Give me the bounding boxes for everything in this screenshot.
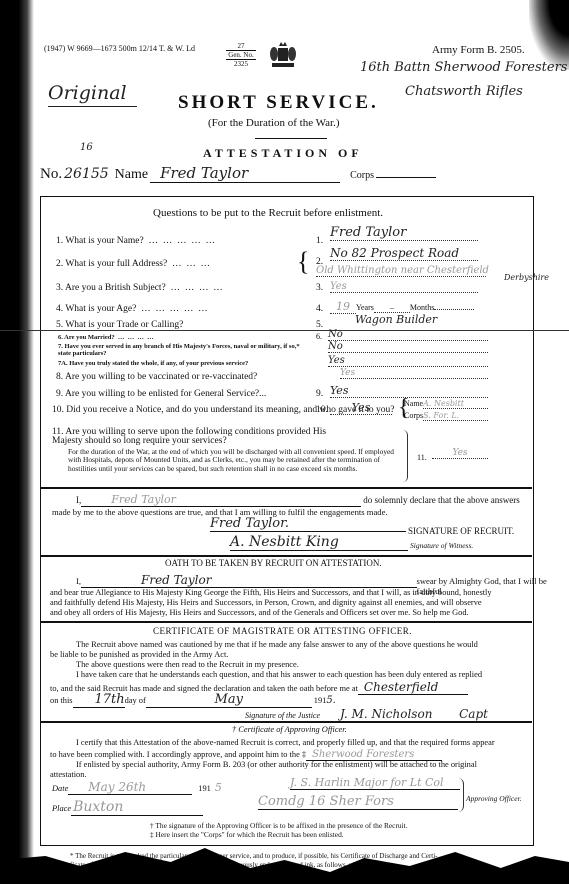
corps-field <box>376 177 436 178</box>
approving-text-4: attestation. <box>50 770 87 779</box>
section-divider-oath <box>40 555 532 557</box>
approving-officer-label: Approving Officer. <box>466 794 522 803</box>
answer-1-num: 1. <box>316 236 323 246</box>
witness-signature-label: Signature of Witness. <box>410 541 473 550</box>
attestation-month: May <box>146 692 312 708</box>
answer-9-num: 9. <box>316 389 323 399</box>
section-divider-magistrate <box>40 621 532 623</box>
royal-coat-of-arms-icon <box>268 40 298 70</box>
regimental-number: 26155 <box>64 166 109 182</box>
answer-7-value: No <box>328 341 488 353</box>
place-label: Place <box>52 804 71 813</box>
print-code: (1947) W 9669—1673 500m 12/14 T. & W. Ld <box>44 44 195 53</box>
oath-text-2: and bear true Allegiance to His Majesty … <box>50 588 492 597</box>
age-months-value: – <box>374 303 410 313</box>
question-4: 4. What is your Age? … … … … … <box>56 304 208 314</box>
months-label: Months <box>410 303 434 312</box>
attestation-day: 17th <box>73 692 125 708</box>
justice-signature: J. M. Nicholson Capt <box>320 707 530 722</box>
magistrate-text-1: The Recruit above named was cautioned by… <box>76 640 478 649</box>
army-form-number: Army Form B. 2505. <box>432 44 525 56</box>
magistrate-text-4: I have taken care that he understands ea… <box>76 670 482 679</box>
justice-signature-row: Signature of the Justice J. M. Nicholson… <box>245 707 530 722</box>
gen-number-block: 27 Gen. No. 2325 <box>226 42 256 68</box>
answer-10-value: Yes <box>330 401 392 415</box>
approval-year-suffix: 5 <box>215 781 222 794</box>
footnote-approving-signature: † The signature of the Approving Officer… <box>150 821 408 830</box>
approving-signature-brace <box>458 778 464 812</box>
answer-8-value: Yes <box>340 368 488 379</box>
answer-10-num: 10. <box>316 405 328 415</box>
answer-2-line2: Old Whittington near Chesterfield <box>316 265 486 277</box>
approving-signature-line2: Comdg 16 Sher Fors <box>258 794 458 810</box>
declaration-line-1: I, Fred Taylor do solemnly declare that … <box>76 493 520 507</box>
title-divider <box>255 138 327 139</box>
footnote-insert-corps: ‡ Here insert the "Corps" for which the … <box>150 830 344 839</box>
notice-name-value: A. Nesbitt <box>423 399 488 409</box>
age-years-value: 19 <box>330 300 356 314</box>
gen-number-bottom: 2325 <box>226 60 256 68</box>
attestation-heading: ATTESTATION OF <box>203 146 363 161</box>
question-7: 7. Have you ever served in any branch of… <box>58 343 308 357</box>
question-5: 5. What is your Trade or Calling? <box>56 320 183 330</box>
question-2: 2. What is your full Address? … … … <box>56 259 210 269</box>
notice-name-row: Name A. Nesbitt <box>404 399 488 409</box>
form-subtitle: (For the Duration of the War.) <box>208 117 340 129</box>
attestation-year-prefix: 191 <box>314 696 327 705</box>
answer-6-num: 6. <box>316 332 322 341</box>
oath-text-4: and obey all orders of His Majesty, His … <box>50 608 469 617</box>
answer-1-value: Fred Taylor <box>330 225 478 241</box>
oath-text-3: and faithfully defend His Majesty, His H… <box>50 598 482 607</box>
attestation-year-suffix: 5. <box>326 695 336 706</box>
service-conditions-text: For the duration of the War, at the end … <box>68 448 400 473</box>
date-label: Date <box>52 784 68 793</box>
answer-4-age: 19 Years – Months <box>330 300 474 314</box>
magistrate-certificate-heading: CERTIFICATE OF MAGISTRATE OR ATTESTING O… <box>153 626 412 636</box>
years-label: Years <box>356 303 374 312</box>
answer-11-value: Yes <box>432 448 488 459</box>
name-value: Fred Taylor <box>150 164 340 183</box>
recruit-identification-row: No. 26155 Name Fred Taylor Corps <box>40 164 436 183</box>
question-11: 11. Are you willing to serve upon the fo… <box>52 428 342 446</box>
question-7a: 7A. Have you truly stated the whole, if … <box>58 360 248 367</box>
section-divider-approving <box>40 721 532 723</box>
approving-signature-line1: J. S. Harlin Major for Lt Col <box>290 776 460 790</box>
justice-signature-label: Signature of the Justice <box>245 711 320 720</box>
answer-2-line1: No 82 Prospect Road <box>330 246 478 261</box>
questions-heading: Questions to be put to the Recruit befor… <box>153 207 383 219</box>
conditions-brace <box>403 430 408 482</box>
answer-5-value: Wagon Builder <box>355 313 437 326</box>
answer-3-num: 3. <box>316 283 323 293</box>
attestation-place: Chesterfield <box>358 680 468 695</box>
oath-heading: OATH TO BE TAKEN BY RECRUIT ON ATTESTATI… <box>165 558 382 568</box>
notice-corps-label: Corps <box>404 411 423 420</box>
magistrate-text-3: The above questions were then read to th… <box>76 660 299 669</box>
address-brace: { <box>297 249 309 275</box>
approval-date: May 26th <box>68 780 192 795</box>
handwritten-unit-line1: 16th Battn Sherwood Foresters <box>360 60 567 75</box>
corps-label: Corps <box>350 170 374 181</box>
answer-11-num: 11. <box>417 453 427 462</box>
approving-text-3: If enlisted by special authority, Army F… <box>76 760 477 769</box>
section-divider-declaration <box>40 487 532 489</box>
approval-place: Buxton <box>71 799 203 816</box>
approving-text-2: to have been complied with. I accordingl… <box>50 750 306 759</box>
answer-5-num: 5. <box>316 320 323 330</box>
question-1: 1. What is your Name? … … … … … <box>56 236 215 246</box>
months-dots <box>434 309 474 310</box>
question-6: 6. Are you Married? … … … … <box>58 334 154 341</box>
number-prefix: No. <box>40 166 62 183</box>
name-label: Name <box>115 167 148 183</box>
notice-corps-row: Corps S. For. L. <box>404 411 488 421</box>
gen-number-label: Gen. No. <box>226 51 256 60</box>
witness-signature: A. Nesbitt King <box>230 534 408 551</box>
notice-corps-value: S. For. L. <box>423 411 488 421</box>
declaration-text-1: do solemnly declare that the above answe… <box>363 495 519 505</box>
number-annotation: 16 <box>80 142 93 153</box>
recruit-signature-label: SIGNATURE OF RECRUIT. <box>408 526 514 536</box>
question-9: 9. Are you willing to be enlisted for Ge… <box>56 389 266 399</box>
handwritten-unit-line2: Chatsworth Rifles <box>405 84 523 99</box>
scan-edge-shadow <box>0 0 34 884</box>
approving-text-1: I certify that this Attestation of the a… <box>76 738 495 747</box>
handwritten-original-mark: Original <box>48 82 137 107</box>
form-title: SHORT SERVICE. <box>178 92 379 114</box>
approval-year-prefix: 191 <box>198 784 211 793</box>
recruit-signature: Fred Taylor. <box>210 516 406 532</box>
question-8: 8. Are you willing to be vaccinated or r… <box>56 372 257 382</box>
answer-2-line3: Derbyshire <box>504 273 549 282</box>
day-of-label: day of <box>125 696 146 705</box>
gen-number-top: 27 <box>226 42 256 51</box>
declaration-recruit-name: Fred Taylor <box>81 493 361 507</box>
notice-name-label: Name <box>404 399 423 408</box>
answer-3-value: Yes <box>330 281 478 293</box>
question-3: 3. Are you a British Subject? … … … … <box>56 283 223 293</box>
approving-officer-heading: † Certificate of Approving Officer. <box>232 725 347 734</box>
on-this-label: on this <box>50 696 73 705</box>
magistrate-text-2: be liable to be punished as provided in … <box>50 650 228 659</box>
oath-recruit-name: Fred Taylor <box>81 573 416 588</box>
attestation-date-row: on this 17th day of May 191 5. <box>50 692 336 708</box>
approval-date-row: Date May 26th 191 5 <box>52 780 222 795</box>
approval-place-row: Place Buxton <box>52 799 203 816</box>
answer-6-value: No <box>328 329 488 341</box>
answer-4-num: 4. <box>316 304 323 314</box>
answer-7a-value: Yes <box>328 355 488 367</box>
